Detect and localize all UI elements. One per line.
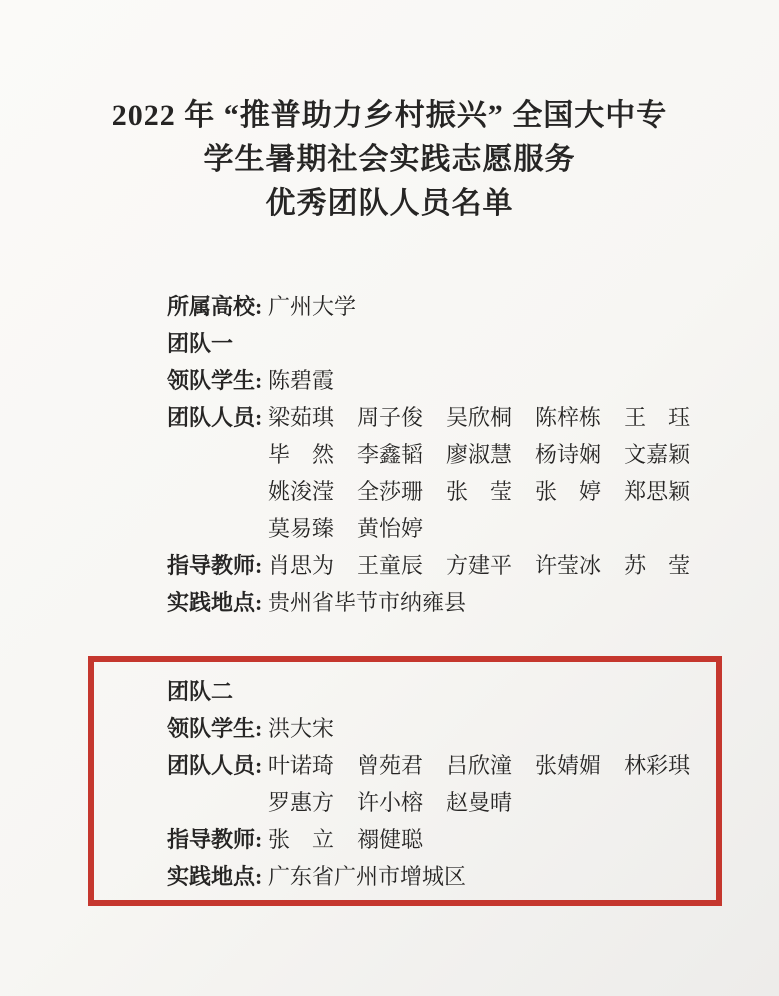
team2-heading: 团队二 — [167, 673, 233, 710]
team2-leader-name: 洪大宋 — [268, 710, 334, 747]
team1-location-row: 实践地点: 贵州省毕节市纳雍县 — [167, 584, 690, 621]
member-name: 罗惠方 — [268, 784, 334, 821]
team1-location-value: 贵州省毕节市纳雍县 — [268, 584, 466, 621]
teacher-name: 许莹冰 — [535, 547, 601, 584]
member-name: 林彩琪 — [624, 747, 690, 784]
teacher-name: 王童辰 — [357, 547, 423, 584]
team1-teachers-label: 指导教师: — [167, 547, 268, 584]
highlight-box: 团队二 领队学生: 洪大宋 团队人员: 叶诺琦 曾苑君 吕欣潼 张婧媚 林彩琪 … — [88, 656, 722, 906]
team2-teachers-row: 指导教师: 张 立 禤健聪 — [167, 821, 716, 858]
member-name: 曾苑君 — [357, 747, 423, 784]
teacher-name: 方建平 — [446, 547, 512, 584]
school-label: 所属高校: — [167, 288, 268, 325]
team1-members-label: 团队人员: — [167, 399, 268, 436]
team2-heading-row: 团队二 — [167, 673, 716, 710]
member-name: 许小榕 — [357, 784, 423, 821]
team1-heading: 团队一 — [167, 325, 233, 362]
member-name: 张 莹 — [446, 473, 512, 510]
team1-leader-row: 领队学生: 陈碧霞 — [167, 362, 690, 399]
member-name: 莫易臻 — [268, 510, 334, 547]
team2-leader-label: 领队学生: — [167, 710, 268, 747]
team2-location-label: 实践地点: — [167, 858, 268, 895]
member-name: 毕 然 — [268, 436, 334, 473]
team1-members-row-2: 毕 然 李鑫韬 廖淑慧 杨诗娴 文嘉颖 — [167, 436, 690, 473]
document-title-line-1: 2022 年 “推普助力乡村振兴” 全国大中专 — [0, 94, 779, 138]
member-name: 赵曼晴 — [446, 784, 512, 821]
team2-members-row-2: 罗惠方 许小榕 赵曼晴 — [167, 784, 716, 821]
document-title: 2022 年 “推普助力乡村振兴” 全国大中专 学生暑期社会实践志愿服务 优秀团… — [0, 94, 779, 226]
member-name: 郑思颖 — [624, 473, 690, 510]
member-name: 张 婷 — [535, 473, 601, 510]
team2-location-row: 实践地点: 广东省广州市增城区 — [167, 858, 716, 895]
member-name: 王 珏 — [624, 399, 690, 436]
teacher-name: 肖思为 — [268, 547, 334, 584]
teacher-name: 禤健聪 — [357, 821, 423, 858]
member-name: 张婧媚 — [535, 747, 601, 784]
team1-members-row-4: 莫易臻 黄怡婷 — [167, 510, 690, 547]
document-page: 2022 年 “推普助力乡村振兴” 全国大中专 学生暑期社会实践志愿服务 优秀团… — [0, 0, 779, 996]
team2-teachers-label: 指导教师: — [167, 821, 268, 858]
school-row: 所属高校: 广州大学 — [167, 288, 690, 325]
member-name: 吴欣桐 — [446, 399, 512, 436]
team2-members-row-1: 团队人员: 叶诺琦 曾苑君 吕欣潼 张婧媚 林彩琪 — [167, 747, 716, 784]
team1-section: 所属高校: 广州大学 团队一 领队学生: 陈碧霞 团队人员: 梁茹琪 周子俊 吴… — [167, 288, 690, 621]
team1-location-label: 实践地点: — [167, 584, 268, 621]
member-name: 姚浚滢 — [268, 473, 334, 510]
team1-teachers-row: 指导教师: 肖思为 王童辰 方建平 许莹冰 苏 莹 — [167, 547, 690, 584]
team1-members-row-3: 姚浚滢 全莎珊 张 莹 张 婷 郑思颖 — [167, 473, 690, 510]
teacher-name: 张 立 — [268, 821, 334, 858]
member-name: 梁茹琪 — [268, 399, 334, 436]
team1-leader-label: 领队学生: — [167, 362, 268, 399]
member-name: 周子俊 — [357, 399, 423, 436]
team2-leader-row: 领队学生: 洪大宋 — [167, 710, 716, 747]
member-name: 叶诺琦 — [268, 747, 334, 784]
team1-members-row-1: 团队人员: 梁茹琪 周子俊 吴欣桐 陈梓栋 王 珏 — [167, 399, 690, 436]
member-name: 全莎珊 — [357, 473, 423, 510]
teacher-name: 苏 莹 — [624, 547, 690, 584]
member-name: 黄怡婷 — [357, 510, 423, 547]
team1-heading-row: 团队一 — [167, 325, 690, 362]
member-name: 杨诗娴 — [535, 436, 601, 473]
member-name: 吕欣潼 — [446, 747, 512, 784]
document-title-line-2: 学生暑期社会实践志愿服务 — [0, 138, 779, 182]
member-name: 文嘉颖 — [624, 436, 690, 473]
school-value: 广州大学 — [268, 288, 356, 325]
team2-location-value: 广东省广州市增城区 — [268, 858, 466, 895]
member-name: 李鑫韬 — [357, 436, 423, 473]
member-name: 陈梓栋 — [535, 399, 601, 436]
member-name: 廖淑慧 — [446, 436, 512, 473]
team1-leader-name: 陈碧霞 — [268, 362, 334, 399]
document-title-line-3: 优秀团队人员名单 — [0, 182, 779, 226]
team2-members-label: 团队人员: — [167, 747, 268, 784]
